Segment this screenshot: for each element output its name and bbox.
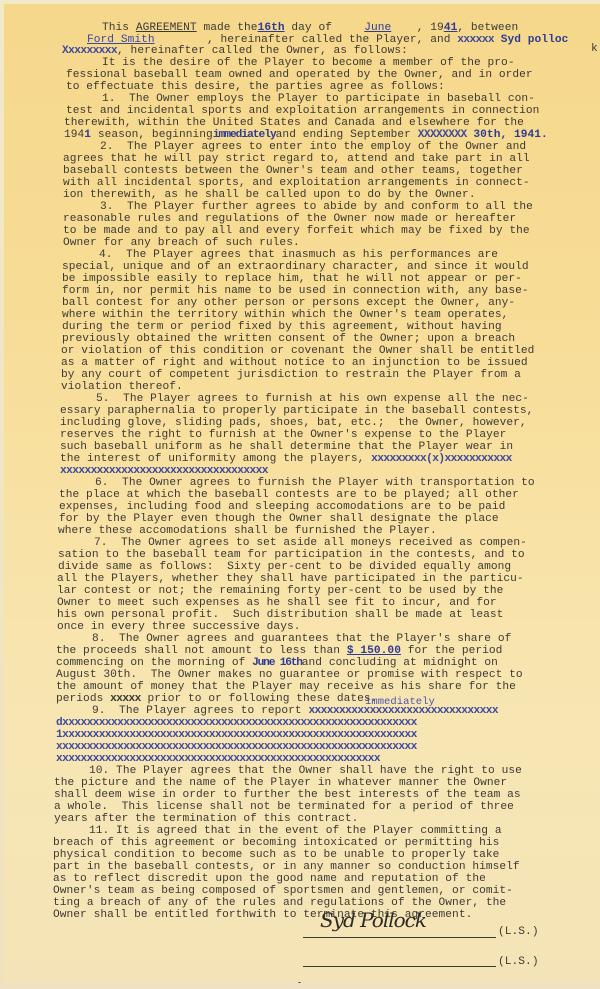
p8-date-line: commencing on the morning of June 16than…: [56, 658, 498, 670]
p4-line: violation thereof.: [61, 382, 183, 394]
p4-line: or violation of this condition or covena…: [61, 346, 534, 358]
owner-struck-text-2: Xxxxxxxxx: [62, 45, 117, 57]
p11-line: part in the baseball contests, or in any…: [53, 862, 520, 874]
p11-line: physical condition to become such as to …: [53, 850, 499, 862]
preamble-line: It is the desire of the Player to become…: [102, 58, 515, 70]
p10-line: the picture and the name of the Player i…: [54, 778, 507, 790]
p7-line: divide same as follows: Sixty per-cent t…: [58, 562, 511, 574]
p11-line: breach of this agreement or becoming int…: [53, 838, 499, 850]
p4-line: 4. The Player agrees that inasmuch as hi…: [99, 250, 498, 262]
p1-line: 1. The Owner employs the Player to parti…: [102, 94, 535, 106]
p5-struck-line: xxxxxxxxxxxxxxxxxxxxxxxxxxxxxxxxxx: [60, 466, 268, 478]
p4-line: form in, nor permit his name to be used …: [62, 286, 529, 298]
p8-amount-line: the proceeds shall not amount to less th…: [56, 646, 502, 658]
p8-line: August 30th. The Owner makes no guarante…: [56, 670, 523, 682]
agreement-month: June: [339, 23, 417, 35]
p8-line: 8. The Owner agrees and guarantees that …: [92, 634, 511, 646]
season-start-value: immediately: [213, 129, 276, 141]
paper-edge-bottom: [0, 983, 600, 989]
p11-line: 11. It is agreed that in the event of th…: [89, 826, 502, 838]
header-line-3: Xxxxxxxxx, hereinafter called the Owner,…: [62, 46, 408, 58]
season-end-value: 30th, 1941.: [467, 129, 548, 141]
p5-line: 5. The Player agrees to furnish at his o…: [96, 394, 529, 406]
owner-name-overflow: k: [591, 44, 598, 56]
p8-struck-text: xxxxx: [110, 693, 141, 705]
p3-line: 3. The Player further agrees to abide by…: [100, 202, 533, 214]
owner-struck-text: xxxxxx: [457, 34, 494, 46]
p4-line: where within the territory within which …: [62, 310, 508, 322]
p10-line: 10. The Player agrees that the Owner sha…: [89, 766, 522, 778]
p6-line: the place at which the baseball contests…: [59, 490, 519, 502]
signature-line-1: [303, 937, 496, 938]
p11-line: ting a breach of any of the rules and re…: [53, 898, 506, 910]
p4-line: by any court of competent jurisdiction t…: [61, 370, 521, 382]
p6-line: 6. The Owner agrees to furnish the Playe…: [95, 478, 535, 490]
p7-line: his own personal profit. Such distributi…: [57, 610, 503, 622]
p4-line: be impossible easily to replace him, tha…: [62, 274, 522, 286]
seal-label-1: (L.S.): [498, 927, 539, 939]
preamble-line: fessional baseball team owned and operat…: [66, 70, 533, 82]
p3-line: reasonable rules and regulations of the …: [63, 214, 516, 226]
p5-line: such baseball uniform as he shall determ…: [60, 442, 513, 454]
p5-line: including glove, sliding pads, shoes, ba…: [60, 418, 527, 430]
p10-line: a whole. This license shall not be termi…: [54, 802, 514, 814]
p5-struck-text: xxxxxxxxx(x)xxxxxxxxxxx: [371, 453, 512, 465]
owner-signature: Syd Pollock: [320, 915, 426, 927]
contract-document: This AGREEMENT made the16th day of June,…: [0, 0, 600, 989]
p6-line: for by the Player even though the Owner …: [59, 514, 499, 526]
p1-season-line: 1941 season, beginningimmediatelyand end…: [64, 130, 548, 142]
agreement-day: 16th: [258, 22, 285, 34]
period-start-date: June 16th: [252, 657, 302, 669]
p2-line: with all incidental sports, and exploita…: [63, 178, 530, 190]
p7-line: all the Players, whether they shall have…: [57, 574, 524, 586]
p4-line: special, unique and of an extraordinary …: [62, 262, 529, 274]
p7-line: 7. The Owner agrees to set aside all mon…: [94, 538, 527, 550]
p5-line: essary paraphernalia to properly partici…: [60, 406, 533, 418]
p6-line: where these accomodations shall be furni…: [58, 526, 437, 538]
p2-line: agrees that he will pay strict regard to…: [63, 154, 530, 166]
p2-line: 2. The Player agrees to enter into the e…: [100, 142, 526, 154]
p11-line: Owner's team as being composed of sports…: [53, 886, 513, 898]
agreement-word: AGREEMENT: [136, 22, 197, 34]
p9-line: 9. The Player agrees to report xxxxxxxxx…: [92, 706, 498, 718]
paper-edge-top: [0, 0, 600, 4]
p3-line: to be made and to pay all and every forf…: [63, 226, 530, 238]
p2-line: ion therewith, as he shall be called upo…: [63, 190, 476, 202]
header-line-1: This AGREEMENT made the16th day of June,…: [102, 23, 518, 35]
p6-line: expenses, including food and sleeping ac…: [59, 502, 505, 514]
p7-line: sation to the baseball team for particip…: [58, 550, 525, 562]
p4-line: previously obtained the written consent …: [62, 334, 515, 346]
preamble-line: to effectuate this desire, the parties a…: [66, 82, 445, 94]
p9-struck-line: xxxxxxxxxxxxxxxxxxxxxxxxxxxxxxxxxxxxxxxx…: [56, 754, 380, 766]
p7-line: Owner to meet such expenses as he shall …: [57, 598, 497, 610]
p8-line: the amount of money that the Player may …: [56, 682, 516, 694]
p1-line: test and incidental sports and exploitat…: [66, 106, 539, 118]
p9-struck-line: 1xxxxxxxxxxxxxxxxxxxxxxxxxxxxxxxxxxxxxxx…: [56, 730, 417, 742]
p2-line: baseball contests between the Owner's te…: [63, 166, 523, 178]
p4-line: ball contest for any other person or per…: [62, 298, 515, 310]
agreement-year: 41: [444, 22, 458, 34]
p1-line: therewith, within the United States and …: [64, 118, 524, 130]
p10-line: years after the termination of this cont…: [54, 814, 358, 826]
p7-line: lar contest or not; the remaining forty …: [57, 586, 503, 598]
p9-struck-line: dxxxxxxxxxxxxxxxxxxxxxxxxxxxxxxxxxxxxxxx…: [56, 718, 417, 730]
season-end-struck: XXXXXXXX: [418, 129, 467, 141]
p8-last-line: periods xxxxx prior to or following thes…: [56, 694, 377, 706]
p7-line: once in every three successive days.: [57, 622, 301, 634]
p4-line: during the term or period fixed by this …: [62, 322, 502, 334]
p11-line: as to reflect discredit upon the good na…: [53, 874, 486, 886]
seal-label-2: (L.S.): [498, 957, 539, 969]
p10-line: shall deem wise in order to further the …: [54, 790, 521, 802]
p4-line: as a matter of right and without notice …: [61, 358, 528, 370]
p9-struck-line: xxxxxxxxxxxxxxxxxxxxxxxxxxxxxxxxxxxxxxxx…: [56, 742, 417, 754]
paper-edge-left: [0, 0, 4, 989]
guaranteed-amount: $ 150.00: [347, 645, 401, 657]
p5-line: reserves the right to furnish at the Own…: [60, 430, 506, 442]
signature-line-2: [303, 966, 496, 967]
p3-line: Owner for any breach of such rules.: [63, 238, 300, 250]
p5-last-line: the interest of uniformity among the pla…: [60, 454, 512, 466]
owner-name: Syd polloc: [501, 34, 569, 46]
p9-struck-text: xxxxxxxxxxxxxxxxxxxxxxxxxxxxxxx: [308, 705, 498, 717]
